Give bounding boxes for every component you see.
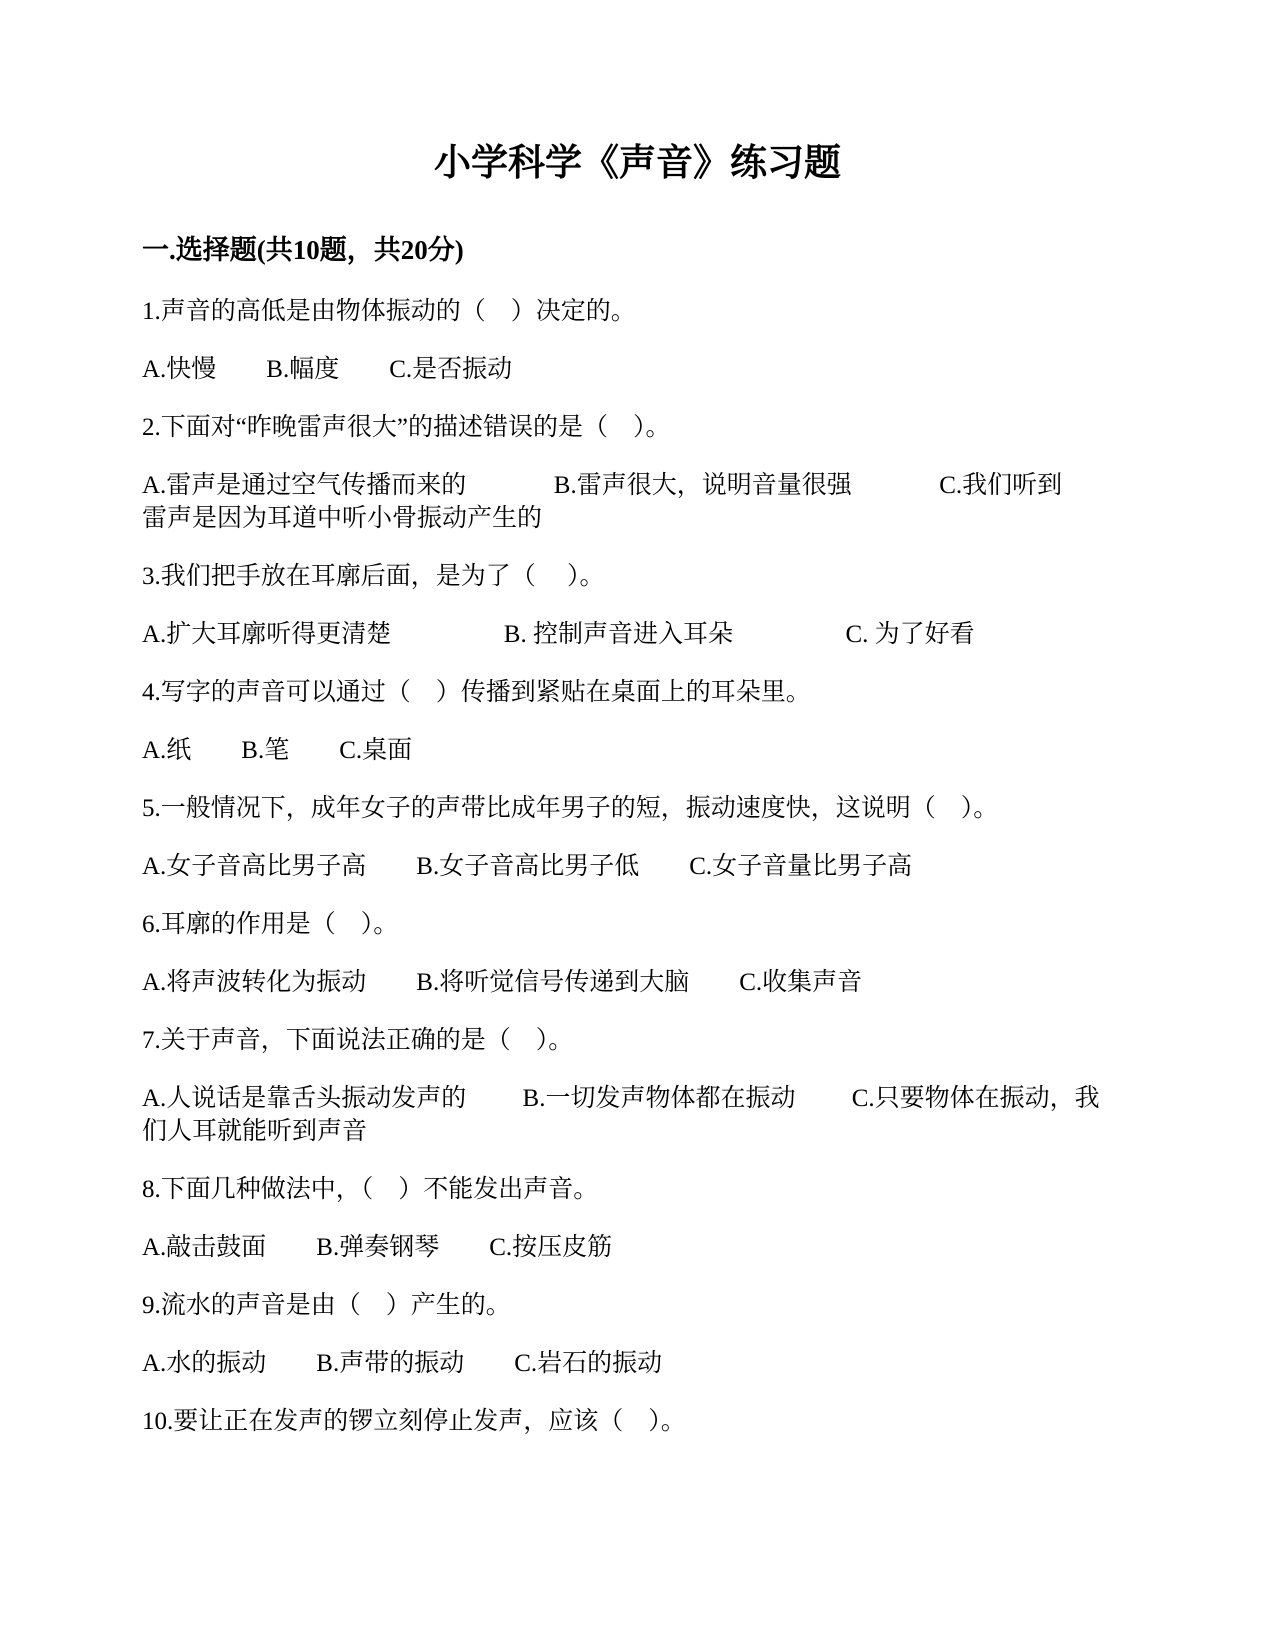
question-1: 1.声音的高低是由物体振动的（ ）决定的。 — [142, 295, 1133, 328]
question-7-options-line-1: A.人说话是靠舌头振动发声的 B.一切发声物体都在振动 C.只要物体在振动，我 — [142, 1082, 1133, 1115]
question-5: 5.一般情况下，成年女子的声带比成年男子的短，振动速度快，这说明（ ）。 — [142, 792, 1133, 825]
section-heading: 一.选择题(共10题，共20分) — [142, 232, 1133, 268]
question-6: 6.耳廓的作用是（ ）。 — [142, 908, 1133, 941]
question-7-options-line-2: 们人耳就能听到声音 — [142, 1115, 1133, 1148]
question-5-options: A.女子音高比男子高 B.女子音高比男子低 C.女子音量比男子高 — [142, 850, 1133, 883]
question-2-options-line-1: A.雷声是通过空气传播而来的 B.雷声很大，说明音量很强 C.我们听到 — [142, 469, 1133, 502]
question-1-options: A.快慢 B.幅度 C.是否振动 — [142, 353, 1133, 386]
question-9: 9.流水的声音是由（ ）产生的。 — [142, 1289, 1133, 1322]
question-2: 2.下面对“昨晚雷声很大”的描述错误的是（ ）。 — [142, 411, 1133, 444]
question-3-options: A.扩大耳廓听得更清楚 B. 控制声音进入耳朵 C. 为了好看 — [142, 618, 1133, 651]
page-title: 小学科学《声音》练习题 — [142, 140, 1133, 188]
worksheet-page: 小学科学《声音》练习题 一.选择题(共10题，共20分) 1.声音的高低是由物体… — [0, 0, 1275, 1650]
question-4: 4.写字的声音可以通过（ ）传播到紧贴在桌面上的耳朵里。 — [142, 676, 1133, 709]
question-8-options: A.敲击鼓面 B.弹奏钢琴 C.按压皮筋 — [142, 1231, 1133, 1264]
question-7: 7.关于声音，下面说法正确的是（ ）。 — [142, 1024, 1133, 1057]
question-3: 3.我们把手放在耳廓后面，是为了（ ）。 — [142, 560, 1133, 593]
question-6-options: A.将声波转化为振动 B.将听觉信号传递到大脑 C.收集声音 — [142, 966, 1133, 999]
question-9-options: A.水的振动 B.声带的振动 C.岩石的振动 — [142, 1347, 1133, 1380]
question-2-options-line-2: 雷声是因为耳道中听小骨振动产生的 — [142, 502, 1133, 535]
question-8: 8.下面几种做法中，（ ）不能发出声音。 — [142, 1173, 1133, 1206]
question-10: 10.要让正在发声的锣立刻停止发声，应该（ ）。 — [142, 1405, 1133, 1438]
question-4-options: A.纸 B.笔 C.桌面 — [142, 734, 1133, 767]
